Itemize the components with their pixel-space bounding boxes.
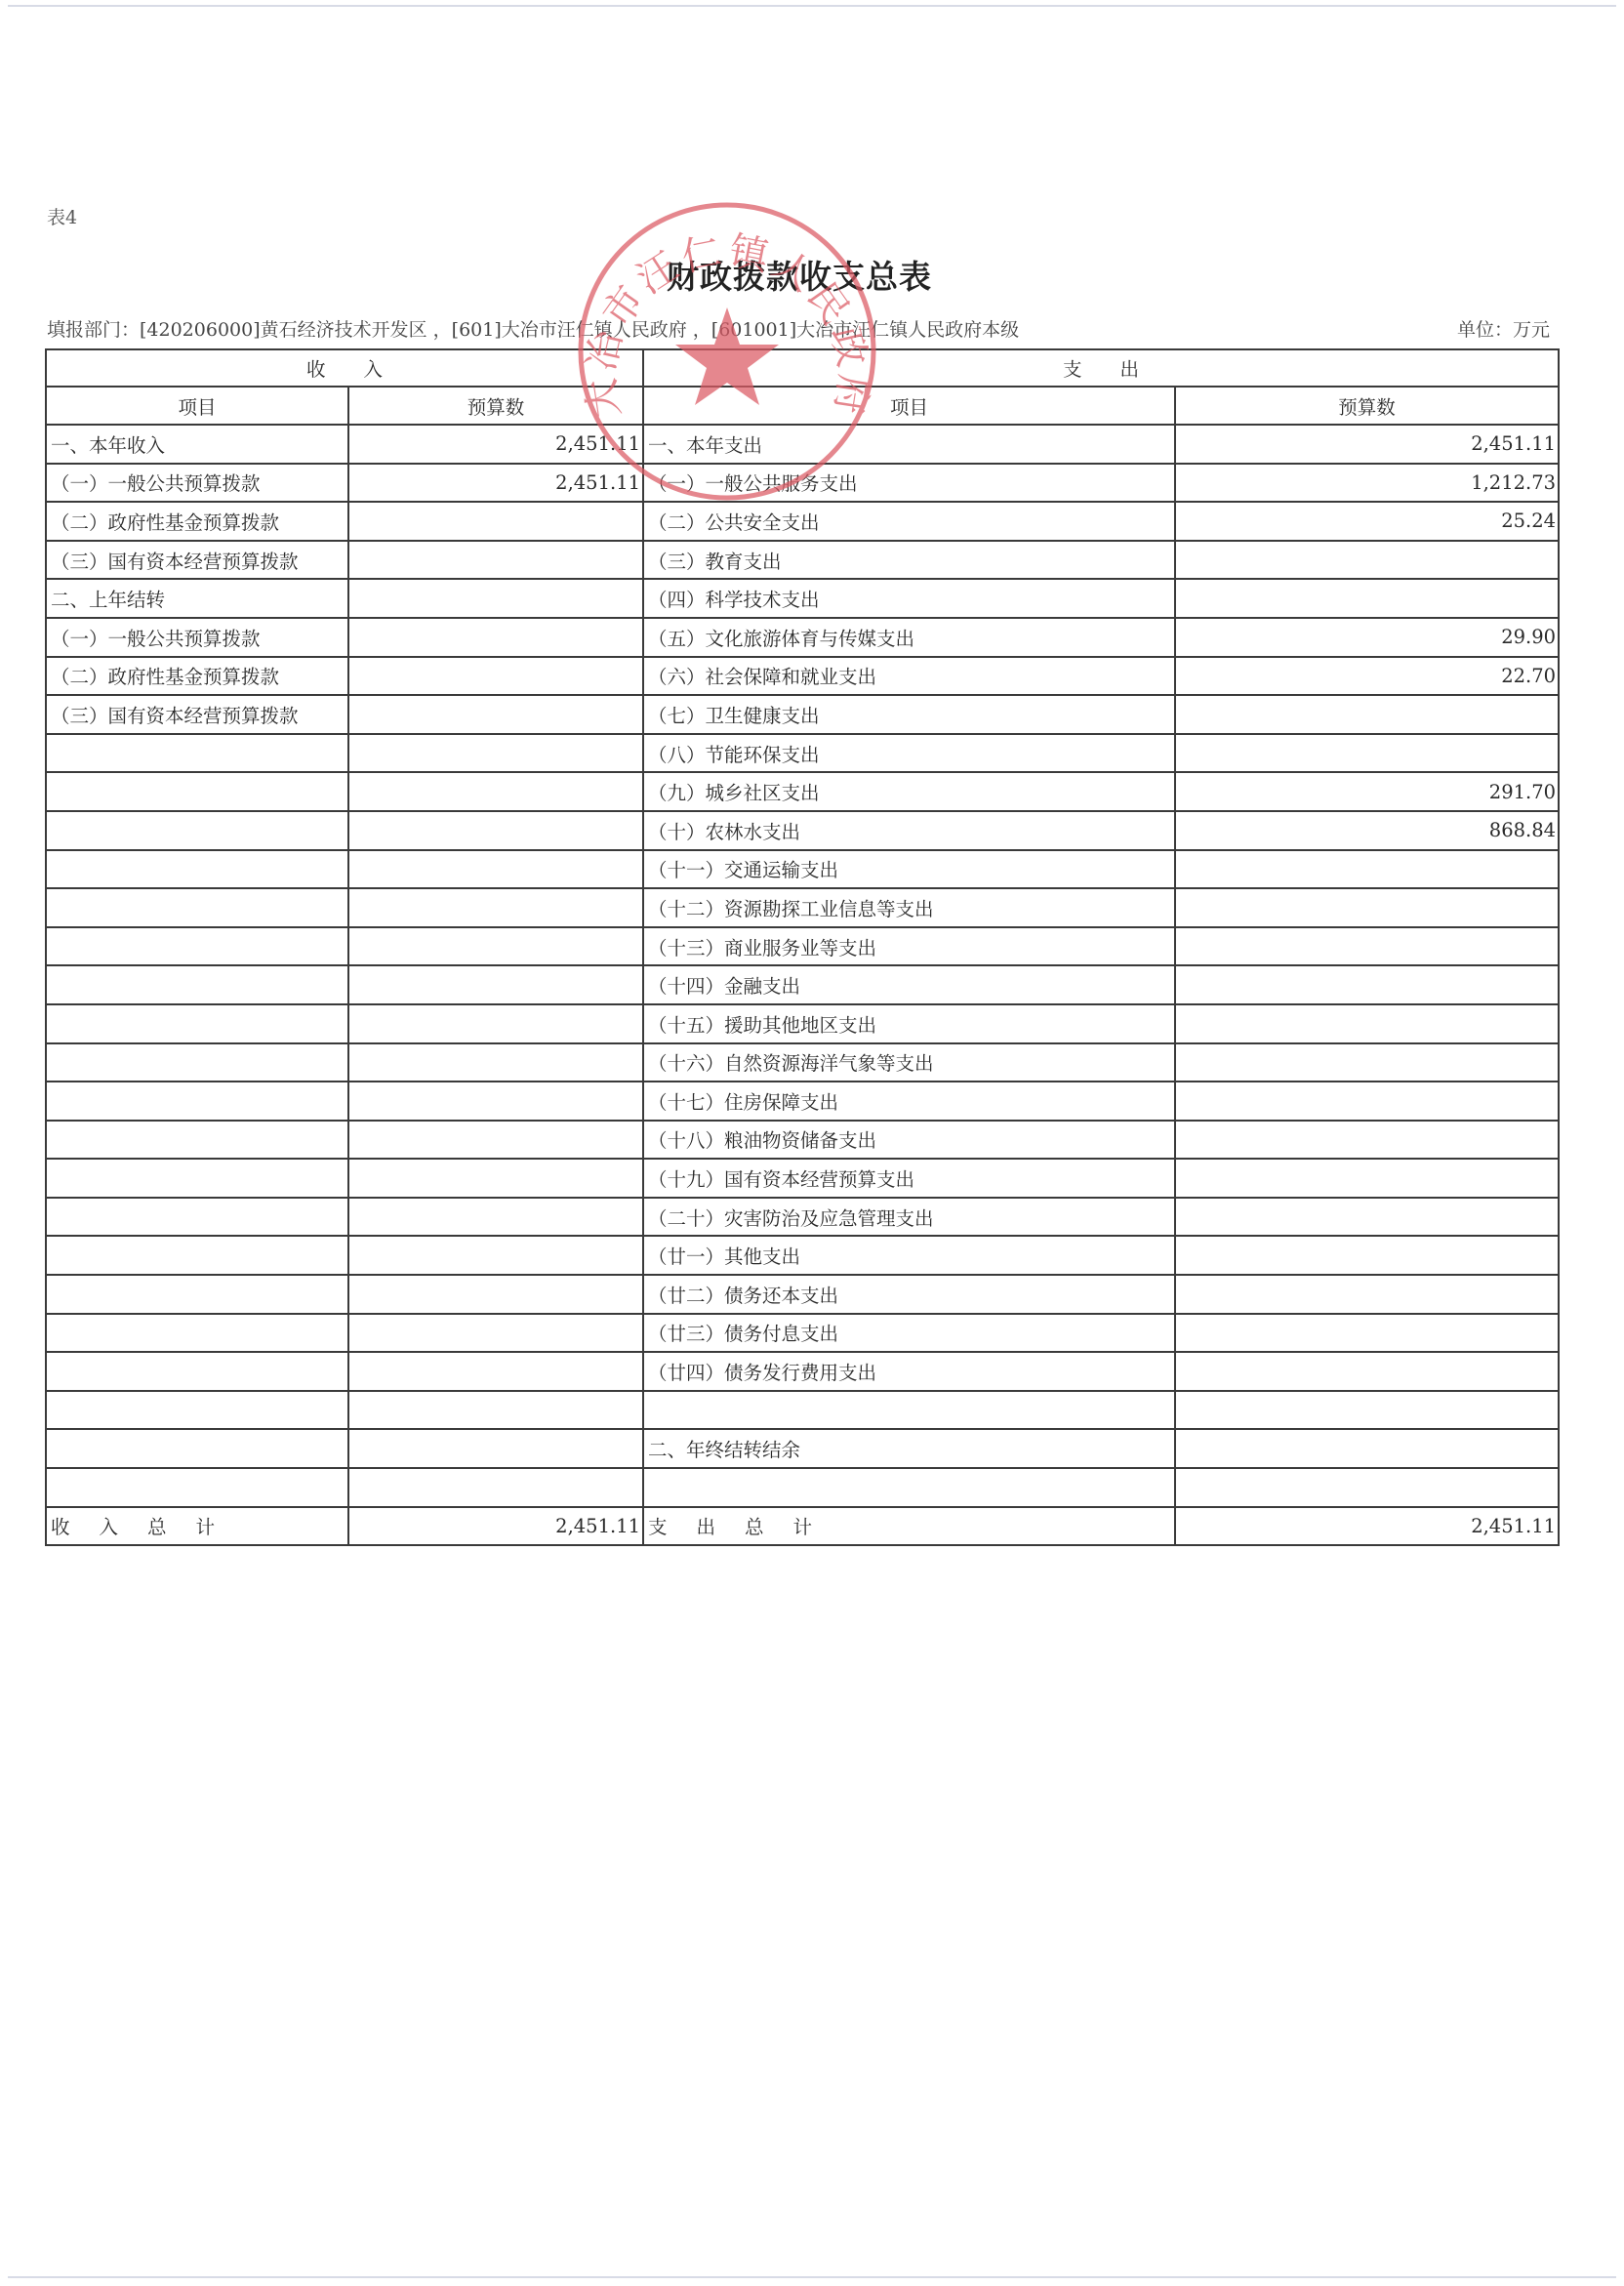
expense-budget-cell [1175,1082,1559,1121]
expense-budget-cell [1175,1429,1559,1468]
expense-budget-cell [1175,1004,1559,1043]
income-budget-cell [348,695,643,734]
income-item-cell: （二）政府性基金预算拨款 [46,657,348,696]
table-row: （一）一般公共预算拨款2,451.11（一）一般公共服务支出1,212.73 [46,464,1559,503]
income-item-cell [46,888,348,927]
expense-item-cell: （八）节能环保支出 [643,734,1175,773]
income-budget-cell [348,1275,643,1314]
income-budget-cell [348,772,643,811]
income-item-cell [46,850,348,889]
income-budget-cell [348,734,643,773]
income-budget-cell [348,888,643,927]
income-budget-cell [348,927,643,966]
income-budget-cell [348,1468,643,1507]
scan-edge-bottom [8,2276,1616,2278]
income-item-cell [46,1391,348,1430]
income-item-cell [46,1352,348,1391]
income-item-header: 项目 [46,387,348,425]
income-budget-header: 预算数 [348,387,643,425]
income-budget-cell [348,618,643,657]
expense-item-cell: （十五）援助其他地区支出 [643,1004,1175,1043]
table-row [46,1391,1559,1430]
section-header-row: 收 入 支 出 [46,349,1559,387]
expense-budget-cell [1175,541,1559,580]
table-row: 二、上年结转（四）科学技术支出 [46,579,1559,618]
expense-budget-cell [1175,1352,1559,1391]
expense-item-cell: 一、本年支出 [643,425,1175,464]
expense-item-cell: （十六）自然资源海洋气象等支出 [643,1043,1175,1082]
table-row: （廿二）债务还本支出 [46,1275,1559,1314]
table-row: （十一）交通运输支出 [46,850,1559,889]
income-budget-cell [348,657,643,696]
income-budget-cell [348,502,643,541]
table-row: （一）一般公共预算拨款（五）文化旅游体育与传媒支出29.90 [46,618,1559,657]
table-row: （三）国有资本经营预算拨款（七）卫生健康支出 [46,695,1559,734]
expense-item-cell: （三）教育支出 [643,541,1175,580]
table-row: （八）节能环保支出 [46,734,1559,773]
expense-item-cell: （十九）国有资本经营预算支出 [643,1159,1175,1198]
table-row: 二、年终结转结余 [46,1429,1559,1468]
expense-item-cell: （五）文化旅游体育与传媒支出 [643,618,1175,657]
expense-item-cell: （七）卫生健康支出 [643,695,1175,734]
table-row: （十八）粮油物资储备支出 [46,1121,1559,1160]
income-item-cell [46,1082,348,1121]
income-budget-cell [348,1121,643,1160]
expense-item-cell: （四）科学技术支出 [643,579,1175,618]
table-row: （二十）灾害防治及应急管理支出 [46,1198,1559,1237]
expense-item-header: 项目 [643,387,1175,425]
income-section-header: 收 入 [46,349,643,387]
expense-budget-cell [1175,888,1559,927]
reporting-department: 填报部门：[420206000]黄石经济技术开发区 ，[601]大冶市汪仁镇人民… [47,315,1169,342]
income-item-cell [46,1043,348,1082]
income-item-cell: （三）国有资本经营预算拨款 [46,695,348,734]
income-item-cell [46,1004,348,1043]
expense-item-cell: （廿四）债务发行费用支出 [643,1352,1175,1391]
income-item-cell [46,1429,348,1468]
income-budget-cell [348,850,643,889]
expense-item-cell: （六）社会保障和就业支出 [643,657,1175,696]
income-total-label: 收入总计 [46,1507,348,1546]
income-item-cell: 一、本年收入 [46,425,348,464]
income-item-cell [46,1198,348,1237]
table-row: （二）政府性基金预算拨款（六）社会保障和就业支出22.70 [46,657,1559,696]
expense-item-cell: （二）公共安全支出 [643,502,1175,541]
report-meta: 填报部门：[420206000]黄石经济技术开发区 ，[601]大冶市汪仁镇人民… [47,315,1550,342]
expense-item-cell: （十八）粮油物资储备支出 [643,1121,1175,1160]
expense-section-header: 支 出 [643,349,1559,387]
expense-item-cell: （十三）商业服务业等支出 [643,927,1175,966]
income-item-cell [46,1468,348,1507]
income-budget-cell [348,1004,643,1043]
income-item-cell [46,1314,348,1353]
expense-budget-cell: 868.84 [1175,811,1559,850]
income-budget-cell [348,1236,643,1275]
expense-budget-cell: 291.70 [1175,772,1559,811]
income-item-cell [46,1275,348,1314]
expense-item-cell: （十四）金融支出 [643,965,1175,1004]
table-row: （九）城乡社区支出291.70 [46,772,1559,811]
expense-item-cell [643,1391,1175,1430]
income-budget-cell [348,541,643,580]
expense-budget-cell: 2,451.11 [1175,425,1559,464]
table-row: （十二）资源勘探工业信息等支出 [46,888,1559,927]
expense-total-label: 支出总计 [643,1507,1175,1546]
unit-label: 单位：万元 [1457,315,1550,342]
income-budget-cell [348,1314,643,1353]
expense-budget-cell [1175,1121,1559,1160]
expense-budget-cell [1175,1275,1559,1314]
income-budget-cell [348,1082,643,1121]
expense-budget-cell [1175,965,1559,1004]
expense-budget-cell [1175,579,1559,618]
expense-budget-cell [1175,695,1559,734]
income-item-cell: （一）一般公共预算拨款 [46,618,348,657]
income-item-cell [46,772,348,811]
expense-item-cell: （十二）资源勘探工业信息等支出 [643,888,1175,927]
income-budget-cell: 2,451.11 [348,464,643,503]
income-budget-cell [348,1391,643,1430]
income-item-cell [46,1236,348,1275]
expense-budget-cell [1175,1391,1559,1430]
expense-budget-cell: 29.90 [1175,618,1559,657]
fiscal-summary-table: 收 入 支 出 项目 预算数 项目 预算数 一、本年收入2,451.11一、本年… [45,348,1560,1546]
income-item-cell: （三）国有资本经营预算拨款 [46,541,348,580]
expense-budget-cell [1175,1468,1559,1507]
income-item-cell [46,927,348,966]
table-row: （廿一）其他支出 [46,1236,1559,1275]
table-row: （十六）自然资源海洋气象等支出 [46,1043,1559,1082]
income-budget-cell [348,1159,643,1198]
table-row: （廿三）债务付息支出 [46,1314,1559,1353]
table-row: （十）农林水支出868.84 [46,811,1559,850]
expense-budget-cell [1175,1314,1559,1353]
table-row: （三）国有资本经营预算拨款（三）教育支出 [46,541,1559,580]
table-row: （二）政府性基金预算拨款（二）公共安全支出25.24 [46,502,1559,541]
expense-budget-cell [1175,1043,1559,1082]
column-header-row: 项目 预算数 项目 预算数 [46,387,1559,425]
expense-item-cell: （十一）交通运输支出 [643,850,1175,889]
income-total-value: 2,451.11 [348,1507,643,1546]
income-budget-cell [348,1198,643,1237]
expense-budget-cell [1175,734,1559,773]
income-item-cell: （二）政府性基金预算拨款 [46,502,348,541]
income-item-cell [46,1159,348,1198]
income-item-cell [46,734,348,773]
totals-row: 收入总计2,451.11支出总计2,451.11 [46,1507,1559,1546]
income-item-cell [46,1121,348,1160]
income-budget-cell [348,1352,643,1391]
table-row: （廿四）债务发行费用支出 [46,1352,1559,1391]
expense-budget-cell: 25.24 [1175,502,1559,541]
table-row: （十五）援助其他地区支出 [46,1004,1559,1043]
scan-edge-top [8,5,1616,7]
expense-item-cell: （廿一）其他支出 [643,1236,1175,1275]
expense-budget-cell: 22.70 [1175,657,1559,696]
table-row: （十四）金融支出 [46,965,1559,1004]
income-budget-cell [348,1043,643,1082]
page-title: 财政拨款收支总表 [0,252,1624,298]
income-item-cell: （一）一般公共预算拨款 [46,464,348,503]
expense-budget-header: 预算数 [1175,387,1559,425]
income-item-cell [46,965,348,1004]
expense-budget-cell: 1,212.73 [1175,464,1559,503]
income-item-cell: 二、上年结转 [46,579,348,618]
expense-budget-cell [1175,1198,1559,1237]
income-budget-cell [348,1429,643,1468]
expense-total-value: 2,451.11 [1175,1507,1559,1546]
page-title-text: 财政拨款收支总表 [667,258,932,296]
expense-budget-cell [1175,850,1559,889]
expense-item-cell: （廿二）债务还本支出 [643,1275,1175,1314]
expense-item-cell: （十七）住房保障支出 [643,1082,1175,1121]
income-item-cell [46,811,348,850]
income-budget-cell: 2,451.11 [348,425,643,464]
expense-budget-cell [1175,927,1559,966]
table-row [46,1468,1559,1507]
expense-item-cell: （二十）灾害防治及应急管理支出 [643,1198,1175,1237]
income-budget-cell [348,965,643,1004]
table-row: 一、本年收入2,451.11一、本年支出2,451.11 [46,425,1559,464]
expense-budget-cell [1175,1159,1559,1198]
table-row: （十七）住房保障支出 [46,1082,1559,1121]
table-row: （十九）国有资本经营预算支出 [46,1159,1559,1198]
table-number: 表4 [47,203,77,229]
expense-item-cell [643,1468,1175,1507]
income-budget-cell [348,579,643,618]
expense-item-cell: （九）城乡社区支出 [643,772,1175,811]
table-row: （十三）商业服务业等支出 [46,927,1559,966]
expense-item-cell: （一）一般公共服务支出 [643,464,1175,503]
income-budget-cell [348,811,643,850]
expense-item-cell: （廿三）债务付息支出 [643,1314,1175,1353]
expense-item-cell: （十）农林水支出 [643,811,1175,850]
expense-budget-cell [1175,1236,1559,1275]
expense-item-cell: 二、年终结转结余 [643,1429,1175,1468]
